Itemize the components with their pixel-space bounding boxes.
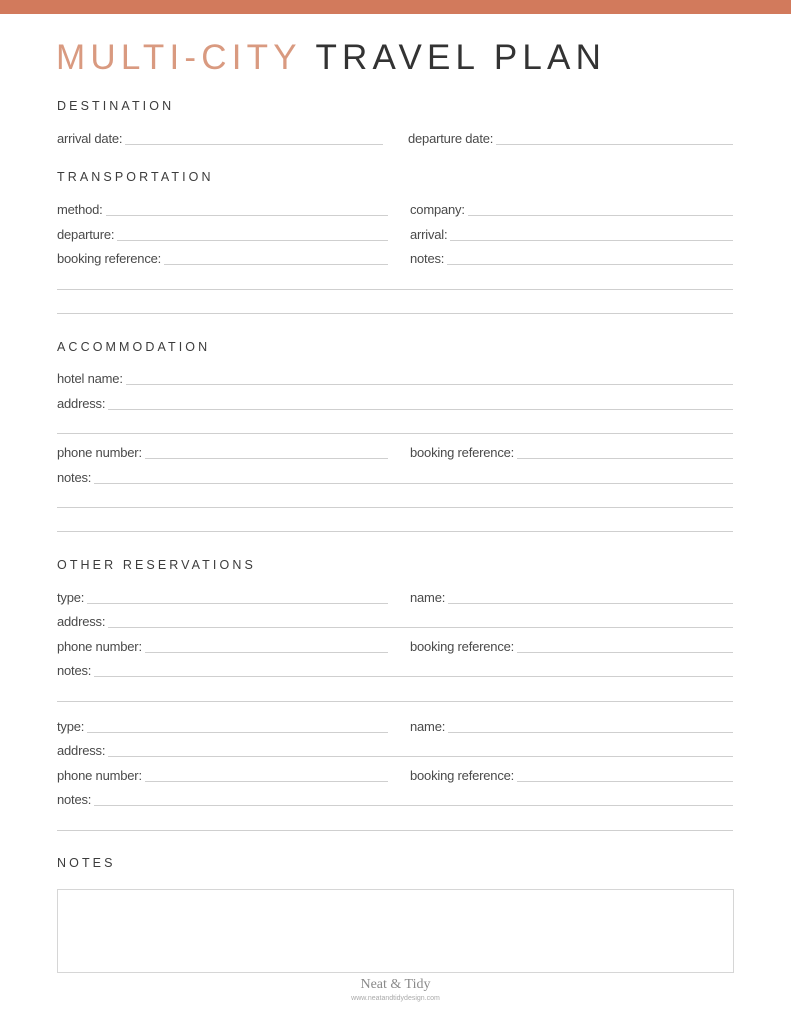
input-line[interactable] — [126, 384, 733, 385]
hotel-name-field[interactable]: hotel name: — [57, 369, 733, 387]
input-line[interactable] — [164, 264, 388, 265]
field-label: booking reference: — [410, 445, 517, 461]
hotel-notes-field[interactable]: notes: — [57, 468, 733, 486]
field-label: phone number: — [57, 768, 145, 784]
input-line[interactable] — [517, 458, 733, 459]
reservation-2-notes-field[interactable]: notes: — [57, 790, 733, 808]
transport-booking-reference-field[interactable]: booking reference: — [57, 249, 388, 267]
field-label: departure date: — [408, 131, 496, 147]
section-heading-accommodation: ACCOMMODATION — [57, 340, 210, 354]
hotel-booking-reference-field[interactable]: booking reference: — [410, 443, 733, 461]
input-line[interactable] — [517, 781, 733, 782]
field-label: booking reference: — [57, 251, 164, 267]
input-line[interactable] — [517, 652, 733, 653]
input-line[interactable] — [87, 732, 388, 733]
input-line[interactable] — [145, 781, 388, 782]
transport-notes-field[interactable]: notes: — [410, 249, 733, 267]
field-label: departure: — [57, 227, 117, 243]
departure-date-field[interactable]: departure date: — [408, 129, 733, 147]
writing-line[interactable] — [57, 433, 733, 434]
field-label: arrival date: — [57, 131, 125, 147]
reservation-1-address-field[interactable]: address: — [57, 612, 733, 630]
reservation-1-name-field[interactable]: name: — [410, 588, 733, 606]
field-label: arrival: — [410, 227, 450, 243]
reservation-2-booking-reference-field[interactable]: booking reference: — [410, 766, 733, 784]
field-label: type: — [57, 719, 87, 735]
input-line[interactable] — [145, 458, 388, 459]
input-line[interactable] — [94, 483, 733, 484]
field-label: address: — [57, 614, 108, 630]
input-line[interactable] — [108, 409, 733, 410]
reservation-1-booking-reference-field[interactable]: booking reference: — [410, 637, 733, 655]
page-title: MULTI-CITY TRAVEL PLAN — [56, 36, 606, 80]
field-label: booking reference: — [410, 639, 517, 655]
field-label: address: — [57, 396, 108, 412]
input-line[interactable] — [450, 240, 733, 241]
field-label: type: — [57, 590, 87, 606]
hotel-phone-number-field[interactable]: phone number: — [57, 443, 388, 461]
arrival-date-field[interactable]: arrival date: — [57, 129, 383, 147]
reservation-2-name-field[interactable]: name: — [410, 717, 733, 735]
section-heading-transportation: TRANSPORTATION — [57, 170, 214, 184]
input-line[interactable] — [108, 756, 733, 757]
writing-line[interactable] — [57, 531, 733, 532]
field-label: notes: — [57, 792, 94, 808]
title-main: TRAVEL PLAN — [315, 38, 606, 77]
top-accent-bar — [0, 0, 791, 14]
input-line[interactable] — [145, 652, 388, 653]
field-label: notes: — [57, 663, 94, 679]
field-label: booking reference: — [410, 768, 517, 784]
writing-line[interactable] — [57, 289, 733, 290]
input-line[interactable] — [94, 805, 733, 806]
field-label: phone number: — [57, 445, 145, 461]
arrival-field[interactable]: arrival: — [410, 225, 733, 243]
reservation-1-phone-number-field[interactable]: phone number: — [57, 637, 388, 655]
input-line[interactable] — [94, 676, 733, 677]
method-field[interactable]: method: — [57, 200, 388, 218]
input-line[interactable] — [87, 603, 388, 604]
input-line[interactable] — [108, 627, 733, 628]
hotel-address-field[interactable]: address: — [57, 394, 733, 412]
input-line[interactable] — [106, 215, 388, 216]
field-label: method: — [57, 202, 106, 218]
input-line[interactable] — [496, 144, 733, 145]
field-label: notes: — [57, 470, 94, 486]
field-label: notes: — [410, 251, 447, 267]
reservation-2-phone-number-field[interactable]: phone number: — [57, 766, 388, 784]
reservation-2-type-field[interactable]: type: — [57, 717, 388, 735]
field-label: hotel name: — [57, 371, 126, 387]
notes-box[interactable] — [57, 889, 734, 973]
writing-line[interactable] — [57, 507, 733, 508]
input-line[interactable] — [468, 215, 733, 216]
section-heading-other-reservations: OTHER RESERVATIONS — [57, 558, 256, 572]
section-heading-notes: NOTES — [57, 856, 116, 870]
brand-logo: Neat & Tidy — [0, 977, 791, 993]
company-field[interactable]: company: — [410, 200, 733, 218]
writing-line[interactable] — [57, 701, 733, 702]
title-accent: MULTI-CITY — [56, 38, 301, 77]
input-line[interactable] — [447, 264, 733, 265]
field-label: name: — [410, 590, 448, 606]
reservation-1-type-field[interactable]: type: — [57, 588, 388, 606]
writing-line[interactable] — [57, 830, 733, 831]
input-line[interactable] — [125, 144, 383, 145]
writing-line[interactable] — [57, 313, 733, 314]
input-line[interactable] — [117, 240, 388, 241]
departure-field[interactable]: departure: — [57, 225, 388, 243]
input-line[interactable] — [448, 603, 733, 604]
brand-url: www.neatandtidydesign.com — [0, 995, 791, 1002]
field-label: company: — [410, 202, 468, 218]
input-line[interactable] — [448, 732, 733, 733]
field-label: phone number: — [57, 639, 145, 655]
section-heading-destination: DESTINATION — [57, 99, 174, 113]
reservation-2-address-field[interactable]: address: — [57, 741, 733, 759]
field-label: address: — [57, 743, 108, 759]
field-label: name: — [410, 719, 448, 735]
reservation-1-notes-field[interactable]: notes: — [57, 661, 733, 679]
